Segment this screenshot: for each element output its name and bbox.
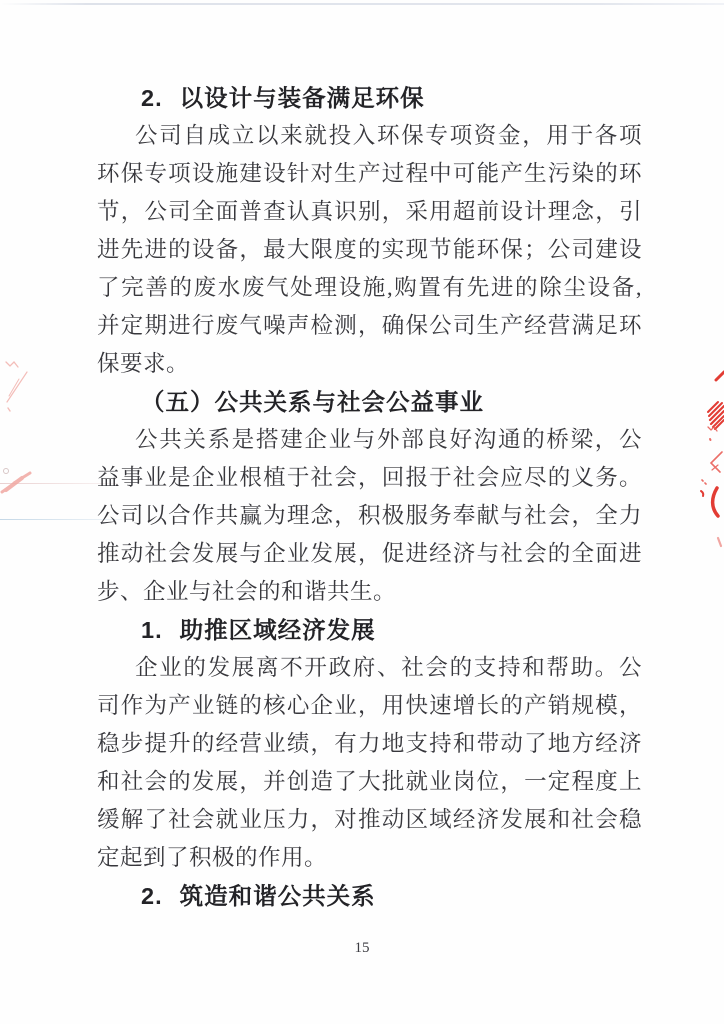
scan-edge-line (0, 3, 724, 5)
heading-number: 2. (141, 883, 163, 909)
section-heading: （五）公共关系与社会公益事业 (97, 383, 642, 421)
red-stamp-fragment-right (698, 370, 724, 555)
paragraph-line: 企业的发展离不开政府、社会的支持和帮助。公 (97, 649, 642, 687)
paragraph-line: 和社会的发展，并创造了大批就业岗位，一定程度上 (97, 763, 642, 801)
paragraph-line: 公共关系是搭建企业与外部良好沟通的桥梁，公 (97, 421, 642, 459)
paragraph-line: 节，公司全面普查认真识别，采用超前设计理念，引 (97, 193, 642, 231)
heading-title: 筑造和谐公共关系 (180, 883, 376, 909)
heading-title: 以设计与装备满足环保 (180, 85, 425, 111)
heading-title: （五）公共关系与社会公益事业 (141, 389, 484, 415)
paragraph-line: 司作为产业链的核心企业，用快速增长的产销规模， (97, 687, 642, 725)
page-number: 15 (0, 940, 724, 957)
section-heading: 1.助推区域经济发展 (97, 611, 642, 649)
paragraph-line: 益事业是企业根植于社会，回报于社会应尽的义务。 (97, 459, 642, 497)
paragraph-line: 定起到了积极的作用。 (97, 839, 642, 877)
section-heading: 2.筑造和谐公共关系 (97, 877, 642, 915)
scanned-document-page: 2.以设计与装备满足环保公司自成立以来就投入环保专项资金，用于各项环保专项设施建… (0, 0, 724, 1024)
paragraph-line: 步、企业与社会的和谐共生。 (97, 573, 642, 611)
paragraph-line: 了完善的废水废气处理设施,购置有先进的除尘设备, (97, 269, 642, 307)
paragraph-line: 公司以合作共赢为理念，积极服务奉献与社会，全力 (97, 497, 642, 535)
paragraph-line: 公司自成立以来就投入环保专项资金，用于各项 (97, 117, 642, 155)
paragraph-line: 稳步提升的经营业绩，有力地支持和带动了地方经济 (97, 725, 642, 763)
document-rows: 2.以设计与装备满足环保公司自成立以来就投入环保专项资金，用于各项环保专项设施建… (97, 79, 642, 915)
paragraph-line: 保要求。 (97, 345, 642, 383)
paragraph-line: 进先进的设备，最大限度的实现节能环保；公司建设 (97, 231, 642, 269)
heading-title: 助推区域经济发展 (180, 617, 376, 643)
heading-number: 2. (141, 85, 163, 111)
paragraph-line: 并定期进行废气噪声检测，确保公司生产经营满足环 (97, 307, 642, 345)
paragraph-line: 环保专项设施建设针对生产过程中可能产生污染的环 (97, 155, 642, 193)
section-heading: 2.以设计与装备满足环保 (97, 79, 642, 117)
paragraph-line: 缓解了社会就业压力，对推动区域经济发展和社会稳 (97, 801, 642, 839)
heading-number: 1. (141, 617, 163, 643)
red-stamp-fragment-left (0, 352, 42, 500)
paragraph-line: 推动社会发展与企业发展，促进经济与社会的全面进 (97, 535, 642, 573)
